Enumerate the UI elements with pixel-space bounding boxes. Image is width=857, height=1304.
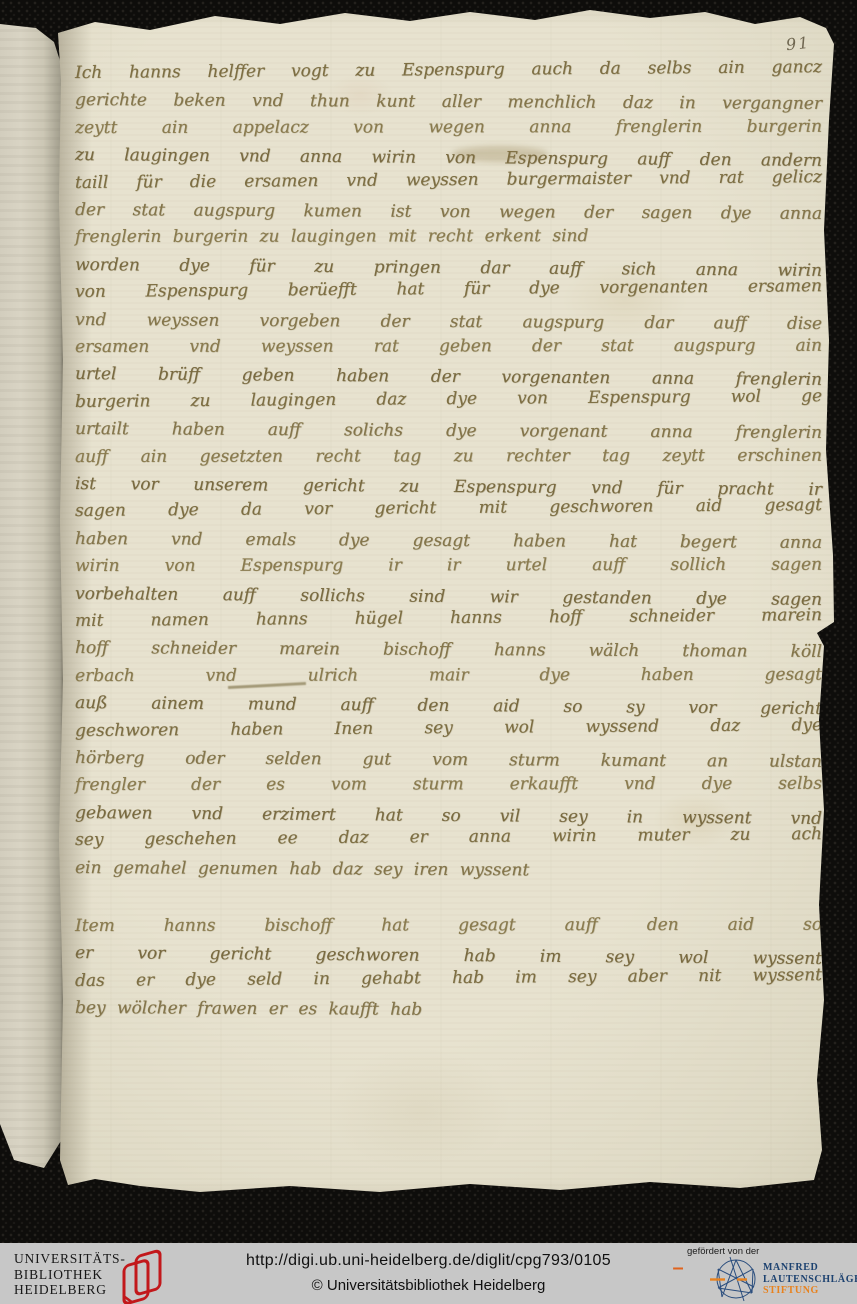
manuscript-line: urtel brüff geben haben der vorgenanten … [75,364,822,391]
manuscript-line: hörberg oder selden gut vom sturm kumant… [75,748,822,773]
manuscript-line: taill für die ersamen vnd weyssen burger… [75,167,822,194]
manuscript-line: das er dye seld in gehabt hab im sey abe… [75,965,822,992]
manuscript-line: worden dye für zu pringen dar auff sich … [75,255,822,282]
manuscript-line: erbach vnd ulrich mair dye haben gesagt [75,665,822,687]
manuscript-textblock: Ich hanns helffer vogt zu Espenspurg auc… [0,0,857,1210]
manuscript-line: haben vnd emals dye gesagt haben hat beg… [75,529,822,554]
manuscript-line: hoff schneider marein bischoff hanns wäl… [75,638,822,663]
manuscript-line: urtailt haben auff solichs dye vorgenant… [75,419,822,444]
manuscript-line: sey geschehen ee daz er anna wirin muter… [75,824,822,851]
scan-viewer: 91 Ich hanns helffer vogt zu Espenspurg … [0,0,857,1304]
manuscript-line: Item hanns bischoff hat gesagt auff den … [75,915,822,937]
manuscript-line: ein gemahel genumen hab daz sey iren wys… [75,858,822,883]
manuscript-line: bey wölcher frawen er es kaufft hab [75,998,822,1023]
manuscript-line: gebawen vnd erzimert hat so vil sey in w… [75,803,822,830]
separator-dash: – [666,1257,690,1280]
manuscript-line: frengler der es vom sturm erkaufft vnd d… [75,774,822,796]
facing-page-edge [0,16,64,1184]
folio-number: 91 [785,33,811,54]
manuscript-line: gerichte beken vnd thun kunt aller mench… [75,90,822,115]
manuscript-line: er vor gericht geschworen hab im sey wol… [75,943,822,970]
manuscript-line: ist vor unserem gericht zu Espenspurg vn… [75,474,822,501]
funder-globe-logo-icon [710,1256,760,1304]
manuscript-line: wirin von Espenspurg ir ir urtel auff so… [75,555,822,577]
manuscript-line: von Espenspurg berüefft hat für dye vorg… [75,276,822,303]
manuscript-page: 91 Ich hanns helffer vogt zu Espenspurg … [0,0,857,1210]
manuscript-line: auff ain gesetzten recht tag zu rechter … [75,446,822,468]
manuscript-line: mit namen hanns hügel hanns hoff schneid… [75,605,822,632]
manuscript-line: ersamen vnd weyssen rat geben der stat a… [75,336,822,358]
manuscript-line: auß ainem mund auff den aid so sy vor ge… [75,693,822,720]
footer-bar: UNIVERSITÄTS- BIBLIOTHEK HEIDELBERG http… [0,1243,857,1304]
manuscript-line: frenglerin burgerin zu laugingen mit rec… [75,226,822,248]
funder-name-line: MANFRED [763,1262,857,1274]
manuscript-line: zu laugingen vnd anna wirin von Espenspu… [75,145,822,172]
manuscript-line: vnd weyssen vorgeben der stat augspurg d… [75,310,822,335]
funder-name-line: STIFTUNG [763,1285,857,1297]
erased-word-smudge [452,146,548,162]
manuscript-line: Ich hanns helffer vogt zu Espenspurg auc… [75,57,822,84]
strikethrough-correction [228,682,306,689]
manuscript-line: sagen dye da vor gericht mit geschworen … [75,495,822,522]
manuscript-line: zeytt ain appelacz von wegen anna frengl… [75,117,822,139]
manuscript-line: vorbehalten auff sollichs sind wir gesta… [75,584,822,611]
manuscript-line: geschworen haben Inen sey wol wyssend da… [75,715,822,742]
manuscript-line: der stat augspurg kumen ist von wegen de… [75,200,822,225]
manuscript-line: burgerin zu laugingen daz dye von Espens… [75,386,822,413]
funder-name-line: LAUTENSCHLÄGER [763,1274,857,1286]
funder-wordmark: MANFRED LAUTENSCHLÄGER STIFTUNG [763,1262,857,1297]
